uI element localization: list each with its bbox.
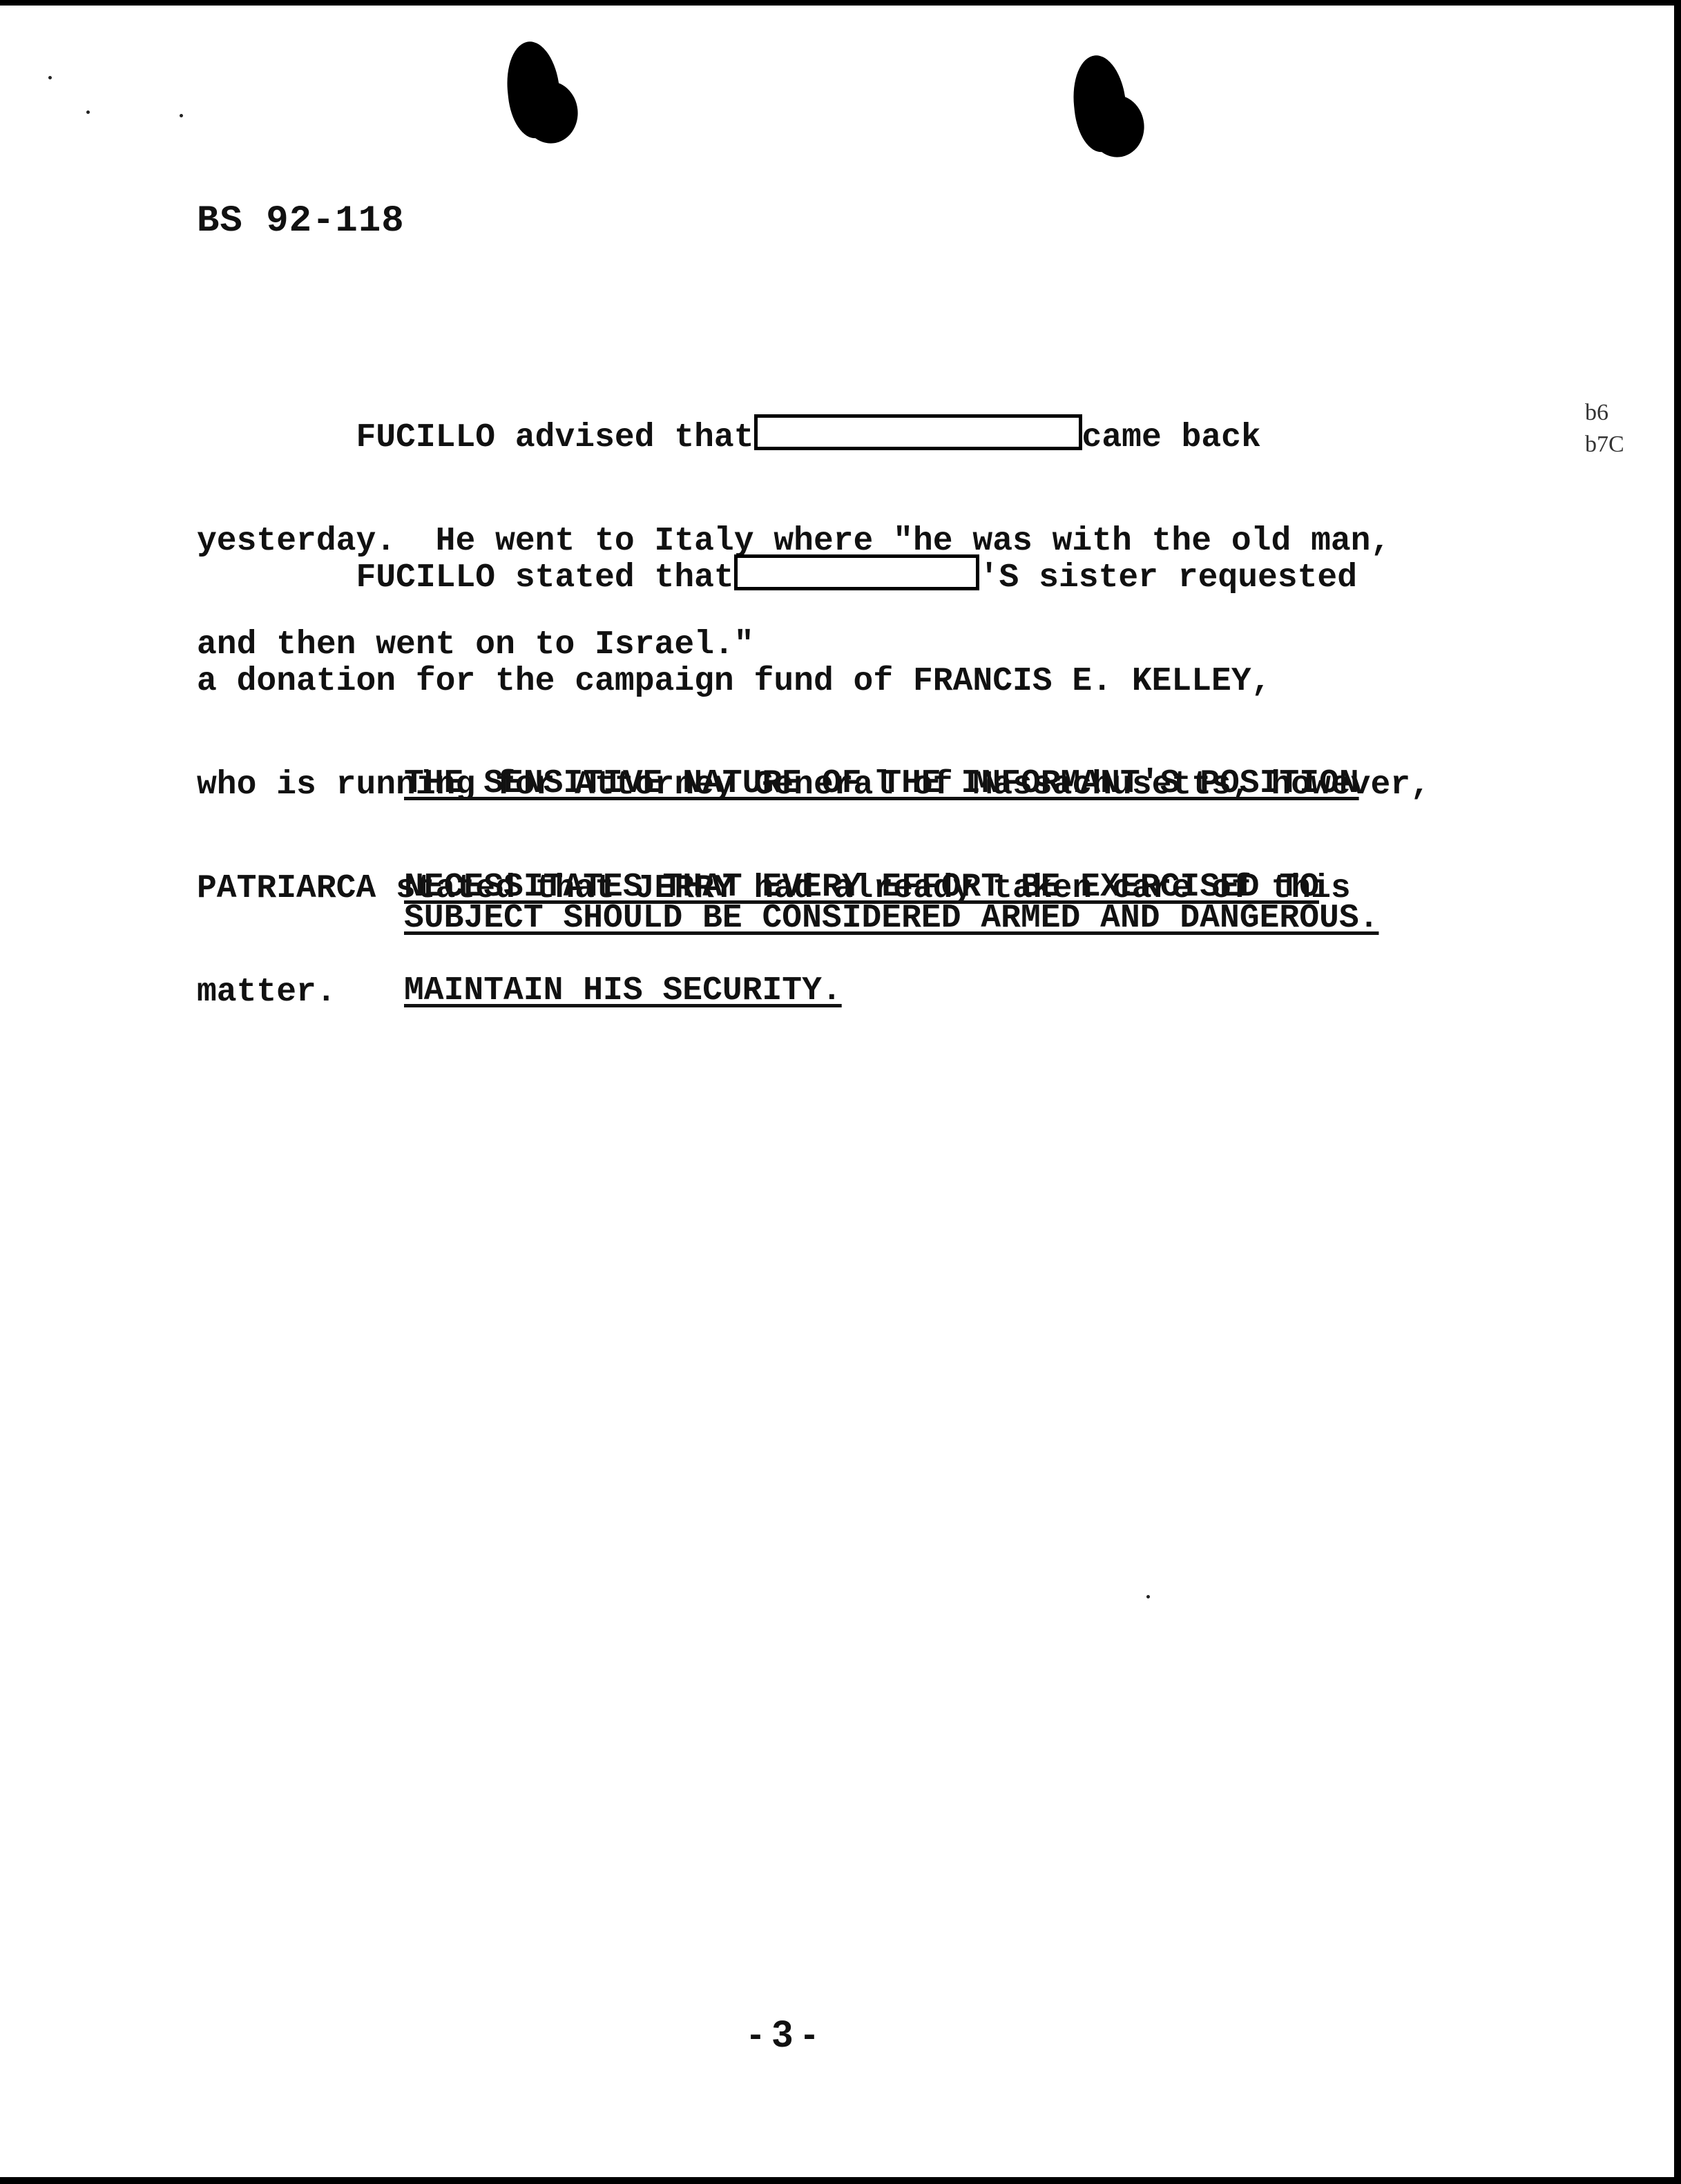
page-number: - 3 - <box>749 2013 816 2056</box>
exemption-codes: b6 b7C <box>1585 397 1624 461</box>
paragraph-line: FUCILLO advised thatcame back <box>197 414 1550 455</box>
page-border-right <box>1674 0 1681 2184</box>
paragraph-line: a donation for the campaign fund of FRAN… <box>197 664 1550 699</box>
scan-speck <box>1146 1595 1150 1598</box>
scan-speck <box>180 114 183 117</box>
redaction-box <box>754 414 1082 450</box>
redaction-box <box>734 554 979 590</box>
notice-line: SUBJECT SHOULD BE CONSIDERED ARMED AND D… <box>404 901 1379 936</box>
exemption-code: b7C <box>1585 429 1624 461</box>
page-border-bottom <box>0 2177 1681 2184</box>
page-border-top <box>0 0 1681 6</box>
scan-speck <box>48 76 52 79</box>
notice-line: MAINTAIN HIS SECURITY. <box>404 974 1359 1008</box>
file-number: BS 92-118 <box>197 200 405 242</box>
paragraph-line: FUCILLO stated that'S sister requested <box>197 554 1550 595</box>
notice-line: THE SENSITIVE NATURE OF THE INFORMANT'S … <box>404 766 1359 801</box>
punch-hole-left <box>503 39 564 140</box>
punch-hole-right <box>1069 52 1131 154</box>
exemption-code: b6 <box>1585 397 1624 429</box>
armed-dangerous-notice: SUBJECT SHOULD BE CONSIDERED ARMED AND D… <box>404 832 1379 970</box>
scan-speck <box>86 110 90 114</box>
